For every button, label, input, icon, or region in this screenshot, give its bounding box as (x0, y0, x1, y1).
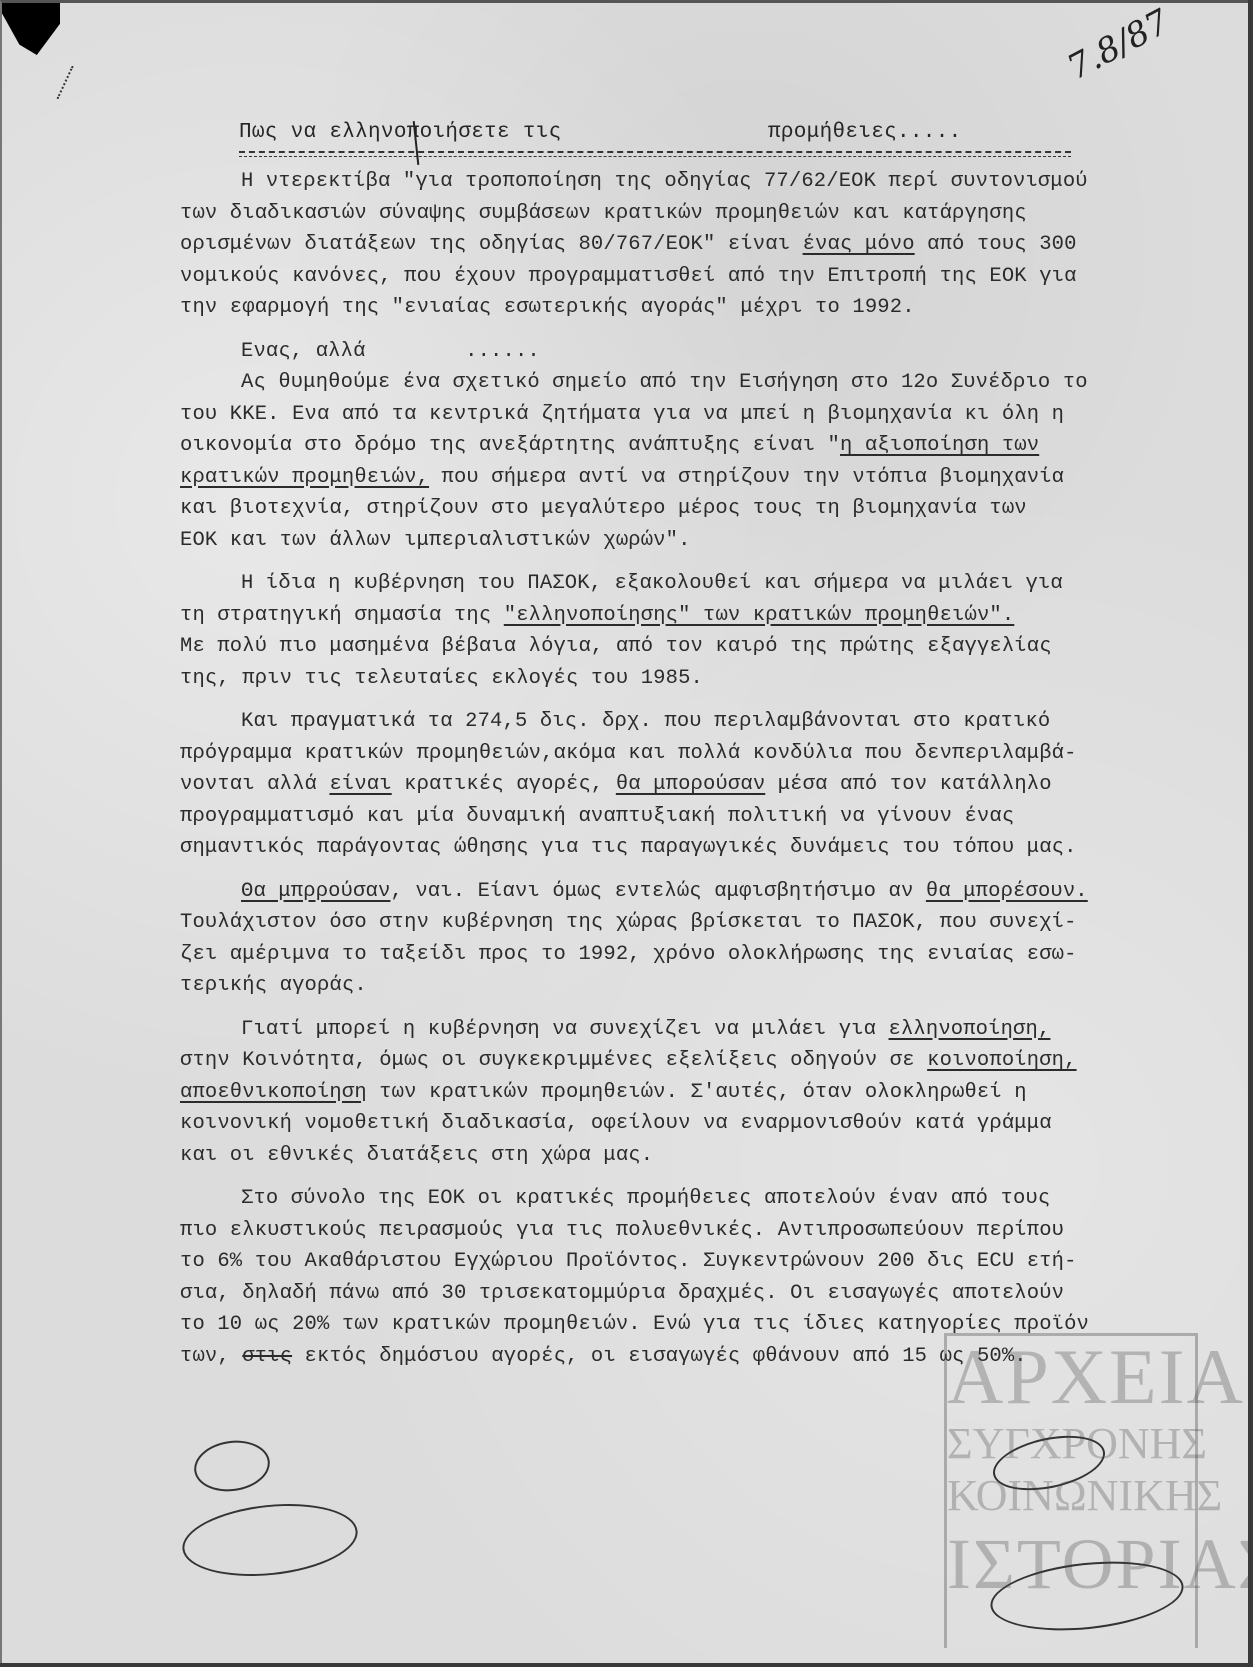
text-span: από τους 300 (915, 233, 1077, 256)
text-line: της, πριν τις τελευταίες εκλογές του 198… (180, 663, 1240, 695)
underlined-phrase: είναι (329, 773, 391, 796)
pen-circle-200-ecu (988, 1427, 1110, 1500)
text-line: και βιοτεχνία, στηρίζουν στο μεγαλύτερο … (180, 493, 1240, 525)
underlined-phrase: κοινοποίηση, (927, 1049, 1076, 1072)
text-line: πιο ελκυστικούς πειρασμούς για τις πολυε… (180, 1215, 1240, 1247)
text-line: σημαντικός παράγοντας ώθησης για τις παρ… (180, 832, 1240, 864)
text-span: που σήμερα αντί να στηρίζουν την ντόπια … (442, 466, 1065, 489)
text-span: εκτός δημόσιου αγορές, οι εισαγωγές φθάν… (292, 1345, 1027, 1368)
paragraph-5: Και πραγματικά τα 274,5 δις. δρχ. που πε… (180, 706, 1240, 864)
text-line: Τουλάχιστον όσο στην κυβέρνηση της χώρας… (180, 907, 1240, 939)
underlined-phrase: θα μπορούσαν (616, 773, 765, 796)
document-body: Η ντερεκτίβα "για τροποποίηση της οδηγία… (180, 166, 1240, 1372)
struck-word: στις (242, 1345, 292, 1368)
text-span: των, (180, 1345, 242, 1368)
text-line: νονται αλλά είναι κρατικές αγορές, θα μπ… (180, 769, 1240, 801)
text-span: οικονομία στο δρόμο της ανεξάρτητης ανάπ… (180, 434, 840, 457)
paragraph-2: Ενας, αλλά ...... (180, 336, 1240, 368)
text-line: το 6% του Ακαθάριστου Εγχώριου Προϊόντος… (180, 1246, 1240, 1278)
margin-pen-mark (57, 66, 77, 101)
paragraph-4: Η ίδια η κυβέρνηση του ΠΑΣΟΚ, εξακολουθε… (180, 568, 1240, 694)
text-span: Γιατί μπορεί η κυβέρνηση να συνεχίζει να… (241, 1018, 889, 1041)
pen-circle-10-20-percent (179, 1496, 361, 1584)
paragraph-8: Στο σύνολο της ΕΟΚ οι κρατικές προμήθειε… (180, 1183, 1240, 1372)
text-line: των διαδικασιών σύναψης συμβάσεων κρατικ… (180, 198, 1240, 230)
handwritten-date: 7.8/87 (1061, 2, 1176, 88)
text-span: ορισμένων διατάξεων της οδηγίας 80/767/Ε… (180, 233, 803, 256)
pen-circle-6-percent (191, 1436, 273, 1496)
text-span: κρατικές αγορές, (392, 773, 616, 796)
document-page: 7.8/87 Πως να ελληνοποιήσετε τις προμήθε… (0, 0, 1248, 1663)
underlined-phrase: θα μπορέσουν. (926, 880, 1088, 903)
text-line: του ΚΚΕ. Ενα από τα κεντρικά ζητήματα γι… (180, 399, 1240, 431)
paragraph-6: Θα μπρρούσαν, ναι. Είανι όμως εντελώς αμ… (180, 876, 1240, 1002)
underlined-phrase: κρατικών προμηθειών, (180, 466, 429, 489)
text-line: των, στις εκτός δημόσιου αγορές, οι εισα… (180, 1341, 1240, 1373)
text-span: των κρατικών προμηθειών. Σ'αυτές, όταν ο… (367, 1081, 1027, 1104)
text-line: πρόγραμμα κρατικών προμηθειών,ακόμα και … (180, 738, 1240, 770)
text-span: τη στρατηγική σημασία της (180, 604, 504, 627)
text-line: Στο σύνολο της ΕΟΚ οι κρατικές προμήθειε… (180, 1183, 1240, 1215)
text-line: ορισμένων διατάξεων της οδηγίας 80/767/Ε… (180, 229, 1240, 261)
text-line: τη στρατηγική σημασία της "ελληνοποίησης… (180, 600, 1240, 632)
text-line: και οι εθνικές διατάξεις στη χώρα μας. (180, 1140, 1240, 1172)
text-line: Ενας, αλλά ...... (180, 336, 1240, 368)
text-span: στην Κοινότητα, όμως οι συγκεκριμμένες ε… (180, 1049, 927, 1072)
scan-corner-blot (2, 3, 60, 55)
paragraph-3: Ας θυμηθούμε ένα σχετικό σημείο από την … (180, 367, 1240, 556)
text-line: τερικής αγοράς. (180, 970, 1240, 1002)
text-line: Με πολύ πιο μασημένα βέβαια λόγια, από τ… (180, 631, 1240, 663)
title-underline (239, 151, 1071, 157)
paragraph-7: Γιατί μπορεί η κυβέρνηση να συνεχίζει να… (180, 1014, 1240, 1172)
text-span: νονται αλλά (180, 773, 329, 796)
text-line: Γιατί μπορεί η κυβέρνηση να συνεχίζει να… (180, 1014, 1240, 1046)
text-span: , ναι. Είανι όμως εντελώς αμφισβητήσιμο … (390, 880, 925, 903)
pen-circle-15-50-percent (987, 1553, 1187, 1639)
text-line: Και πραγματικά τα 274,5 δις. δρχ. που πε… (180, 706, 1240, 738)
text-line: νομικούς κανόνες, που έχουν προγραμματισ… (180, 261, 1240, 293)
underlined-phrase: η αξιοποίηση των (840, 434, 1039, 457)
underlined-phrase: Θα μπρρούσαν (241, 880, 390, 903)
underlined-phrase: αποεθνικοποίηση (180, 1081, 367, 1104)
text-line: ζει αμέριμνα το ταξείδι προς το 1992, χρ… (180, 939, 1240, 971)
text-line: Η ντερεκτίβα "για τροποποίηση της οδηγία… (180, 166, 1240, 198)
paragraph-1: Η ντερεκτίβα "για τροποποίηση της οδηγία… (180, 166, 1240, 324)
text-line: οικονομία στο δρόμο της ανεξάρτητης ανάπ… (180, 430, 1240, 462)
text-line: στην Κοινότητα, όμως οι συγκεκριμμένες ε… (180, 1045, 1240, 1077)
underlined-phrase: ένας μόνο (803, 233, 915, 256)
text-line: ΕΟΚ και των άλλων ιμπεριαλιστικών χωρών"… (180, 525, 1240, 557)
text-line: Ας θυμηθούμε ένα σχετικό σημείο από την … (180, 367, 1240, 399)
text-line: κοινονική νομοθετική διαδικασία, οφείλου… (180, 1108, 1240, 1140)
text-line: προγραμματισμό και μία δυναμική αναπτυξι… (180, 801, 1240, 833)
text-line: το 10 ως 20% των κρατικών προμηθειών. Εν… (180, 1309, 1240, 1341)
text-line: σια, δηλαδή πάνω από 30 τρισεκατομμύρια … (180, 1278, 1240, 1310)
text-line: την εφαρμογή της "ενιαίας εσωτερικής αγο… (180, 292, 1240, 324)
document-title: Πως να ελληνοποιήσετε τις προμήθειες....… (239, 121, 962, 144)
text-line: κρατικών προμηθειών, που σήμερα αντί να … (180, 462, 1240, 494)
text-span: μέσα από τον κατάλληλο (765, 773, 1051, 796)
text-line: Η ίδια η κυβέρνηση του ΠΑΣΟΚ, εξακολουθε… (180, 568, 1240, 600)
underlined-phrase: "ελληνοποίησης" των κρατικών προμηθειών"… (504, 604, 1015, 627)
text-line: αποεθνικοποίηση των κρατικών προμηθειών.… (180, 1077, 1240, 1109)
text-line: Θα μπρρούσαν, ναι. Είανι όμως εντελώς αμ… (180, 876, 1240, 908)
underlined-phrase: ελληνοποίηση, (889, 1018, 1051, 1041)
